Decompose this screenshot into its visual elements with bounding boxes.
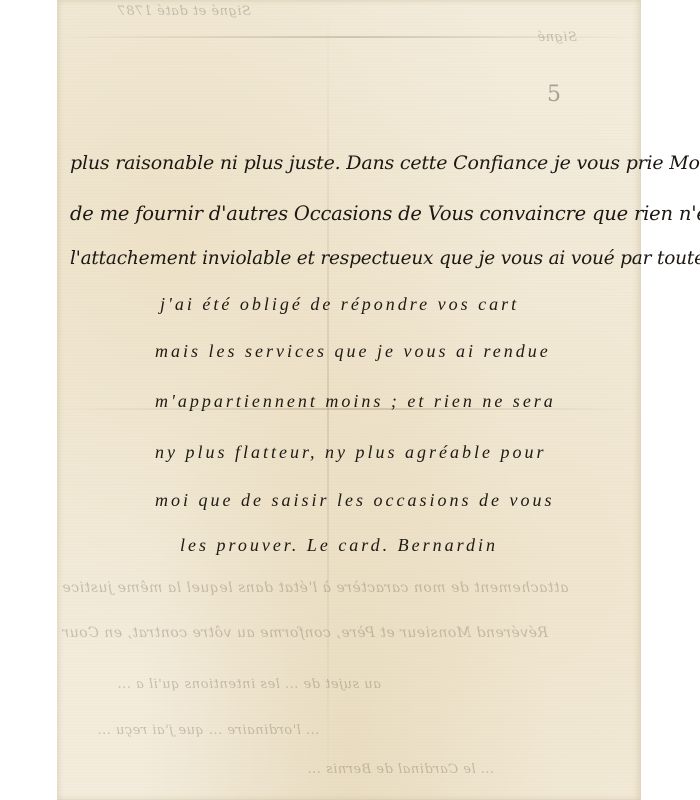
second-hand-line-6: les prouver. Le card. Bernardin <box>180 535 498 556</box>
page-mark: 5 <box>547 82 561 107</box>
show-through-line: au sujet de ... les intentions qu'il a .… <box>117 677 381 692</box>
header-bleed-left: Signé et daté 1787 <box>117 4 251 19</box>
show-through-line: ... l'ordinaire ... que j'ai reçu ... <box>97 723 319 738</box>
header-bleed-right: Signé <box>537 30 577 45</box>
main-hand-line-3: l'attachement inviolable et respectueux … <box>70 248 700 269</box>
main-hand-line-1: plus raisonable ni plus juste. Dans cett… <box>70 152 700 174</box>
second-hand-line-2: mais les services que je vous ai rendue <box>155 341 551 362</box>
show-through-line: attachement de mon caractère à l'état da… <box>62 580 569 596</box>
second-hand-line-3: m'appartiennent moins ; et rien ne sera <box>155 391 556 412</box>
show-through-line: Révérend Monsieur et Père, conforme au v… <box>62 625 548 641</box>
second-hand-line-4: ny plus flatteur, ny plus agréable pour <box>155 442 546 463</box>
second-hand-line-5: moi que de saisir les occasions de vous <box>155 490 554 511</box>
second-hand-line-1: j'ai été obligé de répondre vos cart <box>160 294 519 315</box>
main-hand-line-2: de me fournir d'autres Occasions de Vous… <box>70 202 700 225</box>
show-through-line: ... le Cardinal de Bernis ... <box>307 762 494 777</box>
